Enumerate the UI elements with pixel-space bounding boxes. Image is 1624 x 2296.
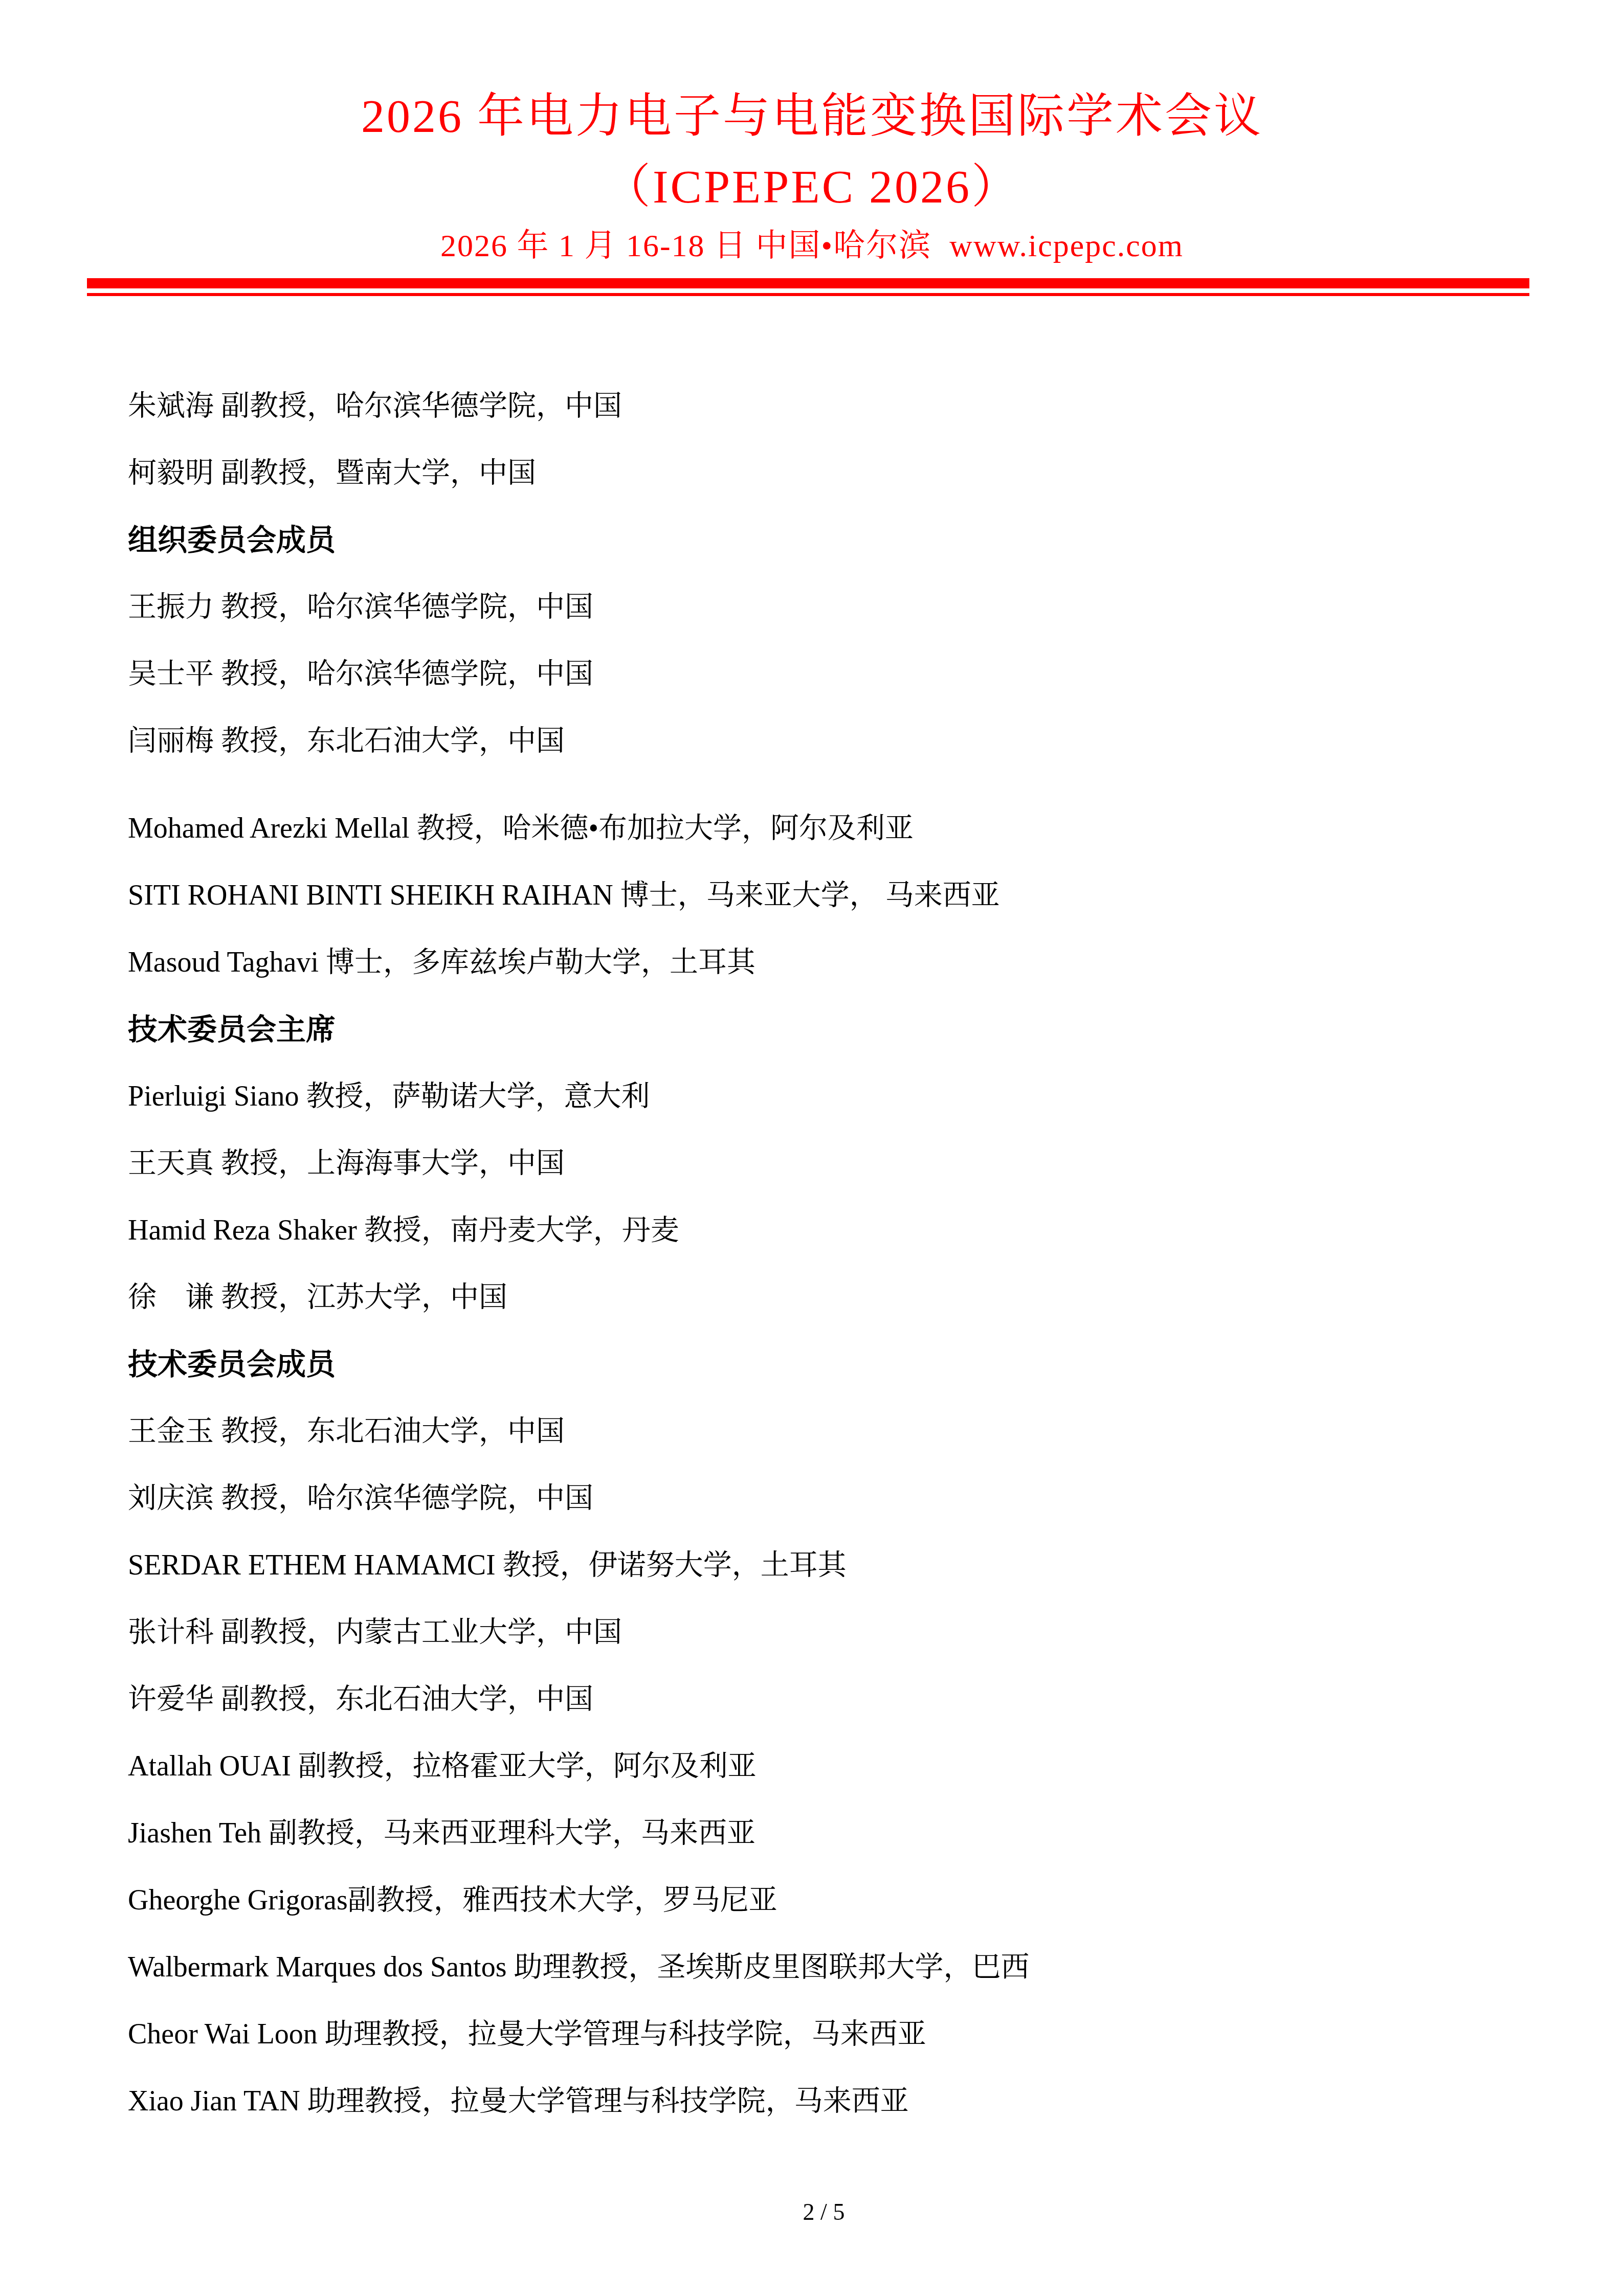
committee-member-entry: 吴士平 教授，哈尔滨华德学院，中国	[0, 638, 1624, 705]
committee-member-entry: Gheorghe Grigoras副教授，雅西技术大学，罗马尼亚	[0, 1864, 1624, 1931]
committee-member-entry: SITI ROHANI BINTI SHEIKH RAIHAN 博士，马来亚大学…	[0, 859, 1624, 926]
committee-member-entry: Hamid Reza Shaker 教授，南丹麦大学，丹麦	[0, 1194, 1624, 1261]
committee-section-heading: 技术委员会成员	[0, 1328, 1624, 1395]
divider-gap	[87, 288, 1529, 293]
committee-member-entry: Masoud Taghavi 博士，多库兹埃卢勒大学，土耳其	[0, 926, 1624, 993]
header-divider	[87, 278, 1529, 296]
document-footer: 2 / 5	[0, 2171, 1624, 2253]
committee-member-entry: 许爱华 副教授，东北石油大学，中国	[0, 1663, 1624, 1730]
committee-member-entry: 张计科 副教授，内蒙古工业大学，中国	[0, 1596, 1624, 1663]
committee-section-heading: 组织委员会成员	[0, 504, 1624, 571]
page-number: 2 / 5	[803, 2199, 845, 2225]
conference-title-line2: （ICPEPEC 2026）	[0, 151, 1624, 222]
committee-member-entry: 徐 谦 教授，江苏大学，中国	[0, 1261, 1624, 1328]
committee-member-entry: 刘庆滨 教授，哈尔滨华德学院，中国	[0, 1462, 1624, 1529]
divider-thin-line	[87, 293, 1529, 296]
committee-member-entry: Atallah OUAI 副教授，拉格霍亚大学，阿尔及利亚	[0, 1730, 1624, 1797]
conference-title-line1: 2026 年电力电子与电能变换国际学术会议	[0, 81, 1624, 151]
committee-member-entry: 王金玉 教授，东北石油大学，中国	[0, 1395, 1624, 1462]
divider-thick-line	[87, 278, 1529, 288]
committee-member-entry: Walbermark Marques dos Santos 助理教授，圣埃斯皮里…	[0, 1931, 1624, 1998]
committee-member-entry: 朱斌海 副教授，哈尔滨华德学院，中国	[0, 370, 1624, 437]
document-header: 2026 年电力电子与电能变换国际学术会议 （ICPEPEC 2026） 202…	[0, 0, 1624, 296]
committee-member-entry: Mohamed Arezki Mellal 教授，哈米德•布加拉大学，阿尔及利亚	[0, 792, 1624, 859]
committee-member-entry: 王振力 教授，哈尔滨华德学院，中国	[0, 571, 1624, 638]
committee-member-entry: Cheor Wai Loon 助理教授，拉曼大学管理与科技学院，马来西亚	[0, 1998, 1624, 2065]
committee-list: 朱斌海 副教授，哈尔滨华德学院，中国柯毅明 副教授，暨南大学，中国组织委员会成员…	[0, 370, 1624, 2132]
committee-member-entry: 闫丽梅 教授，东北石油大学，中国	[0, 705, 1624, 772]
committee-member-entry: Pierluigi Siano 教授，萨勒诺大学，意大利	[0, 1060, 1624, 1127]
conference-subtitle: 2026 年 1 月 16-18 日 中国•哈尔滨 www.icpepc.com	[0, 222, 1624, 270]
committee-member-entry: 柯毅明 副教授，暨南大学，中国	[0, 437, 1624, 504]
committee-member-entry: Xiao Jian TAN 助理教授，拉曼大学管理与科技学院，马来西亚	[0, 2065, 1624, 2132]
committee-member-entry: SERDAR ETHEM HAMAMCI 教授，伊诺努大学，土耳其	[0, 1529, 1624, 1596]
committee-member-entry: 王天真 教授，上海海事大学，中国	[0, 1127, 1624, 1194]
committee-section-heading: 技术委员会主席	[0, 993, 1624, 1060]
committee-member-entry: Jiashen Teh 副教授，马来西亚理科大学，马来西亚	[0, 1797, 1624, 1864]
document-page: 2026 年电力电子与电能变换国际学术会议 （ICPEPEC 2026） 202…	[0, 0, 1624, 2296]
